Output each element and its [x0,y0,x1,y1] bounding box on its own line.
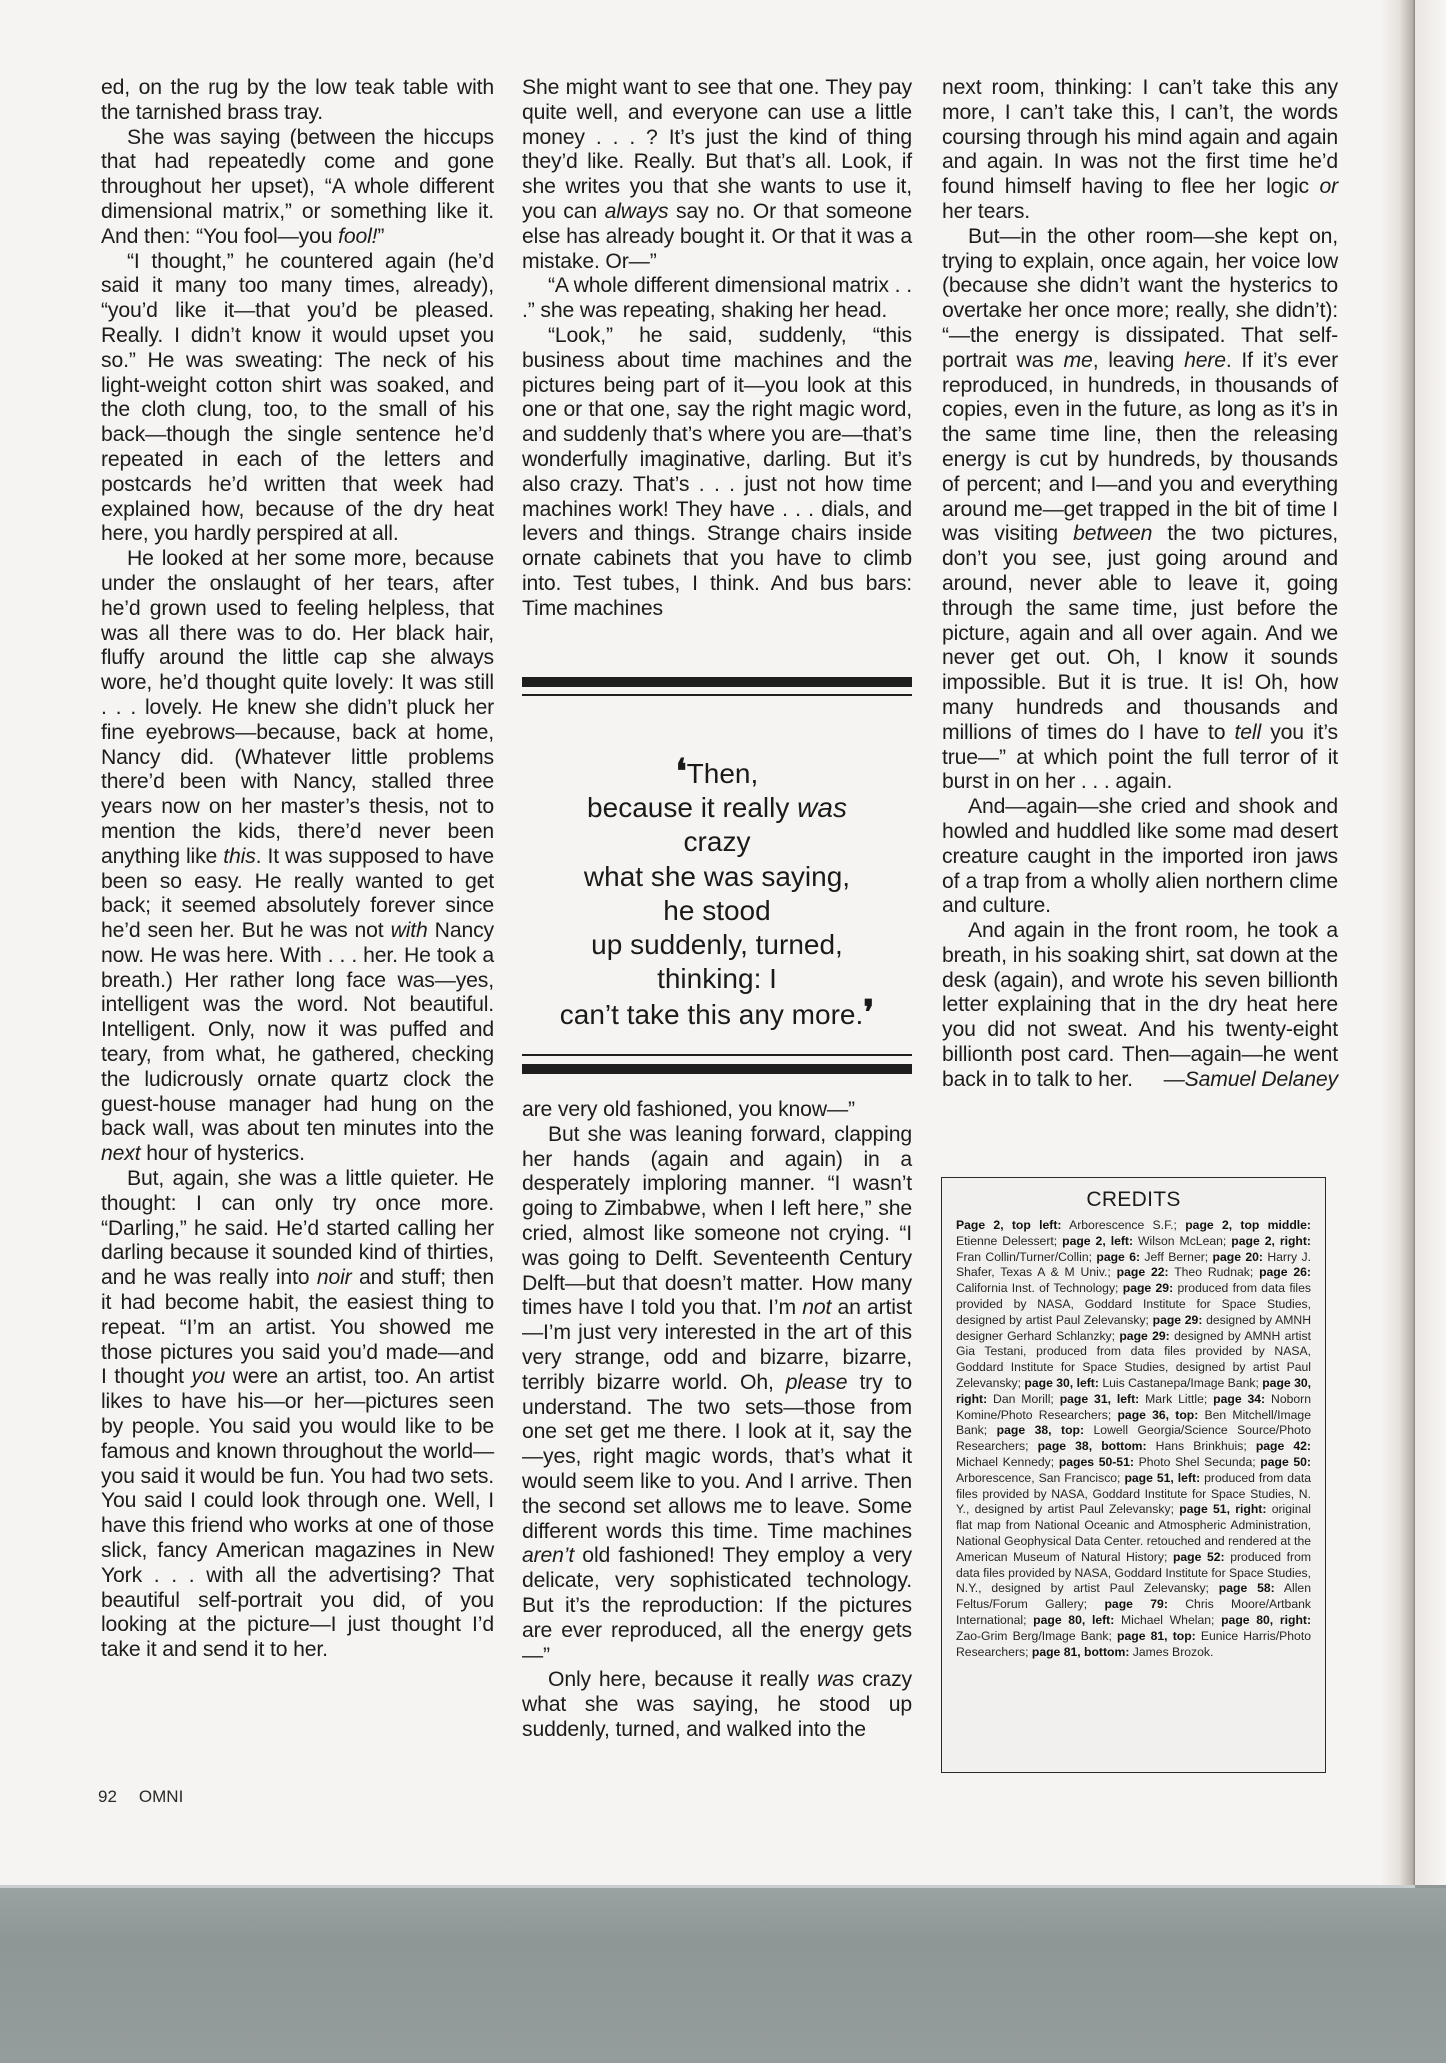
credit-text: Theo Rudnak; [1169,1265,1260,1279]
credit-label: page 80, right: [1221,1613,1311,1627]
credit-label: page 29: [1153,1313,1203,1327]
paragraph: He looked at her some more, because unde… [101,547,494,1167]
pullquote-rule-thin-top [522,694,912,696]
paragraph: And—again—she cried and shook and howled… [942,795,1338,919]
adjacent-page-edge [1415,0,1446,1885]
credit-label: page 29: [1119,1329,1169,1343]
credits-title: CREDITS [956,1188,1311,1212]
paragraph: “Look,” he said, suddenly, “this busines… [522,324,912,622]
credit-text: Wilson McLean; [1133,1234,1231,1248]
credit-text: Etienne Delessert; [956,1234,1062,1248]
credits-body: Page 2, top left: Arborescence S.F.; pag… [956,1218,1311,1660]
credit-text: Michael Kennedy; [956,1455,1059,1469]
credit-text: Mark Little; [1139,1392,1213,1406]
scan-background [0,1888,1446,2063]
credit-label: page 51, left: [1124,1471,1200,1485]
credit-label: page 2, left: [1062,1234,1133,1248]
credit-label: page 38, bottom: [1038,1439,1147,1453]
credit-label: page 81, bottom: [1032,1645,1130,1659]
paragraph: She was saying (between the hiccups that… [101,126,494,250]
pullquote-rule-thick-bottom [522,1064,912,1074]
magazine-name: OMNI [139,1787,183,1806]
pull-quote: ❛Then, because it really was crazy what … [522,755,912,1033]
credit-label: page 2, top middle: [1185,1218,1311,1232]
close-quote-icon: ❜ [863,993,874,1033]
paragraph: are very old fashioned, you know—” [522,1098,912,1123]
article-column-1: ed, on the rug by the low teak table wit… [101,76,494,1663]
credit-label: page 36, top: [1117,1408,1198,1422]
credits-box: CREDITS Page 2, top left: Arborescence S… [941,1177,1326,1773]
credit-label: page 31, left: [1060,1392,1140,1406]
paragraph: ed, on the rug by the low teak table wit… [101,76,494,126]
credit-label: page 30, left: [1024,1376,1099,1390]
credit-text: James Brozok. [1129,1645,1213,1659]
credit-label: page 79: [1104,1597,1167,1611]
credit-label: page 81, top: [1117,1629,1196,1643]
credit-label: page 26: [1259,1265,1311,1279]
paragraph: Only here, because it really was crazy w… [522,1668,912,1742]
article-column-3: next room, thinking: I can’t take this a… [942,76,1338,1093]
magazine-page: ed, on the rug by the low teak table wit… [0,0,1415,1888]
page-folio: 92OMNI [98,1787,183,1807]
paragraph: next room, thinking: I can’t take this a… [942,76,1338,225]
credit-text: Arborescence S.F.; [1061,1218,1185,1232]
paragraph: But—in the other room—she kept on, tryin… [942,225,1338,795]
credit-text: Dan Morill; [987,1392,1060,1406]
credit-label: page 38, top: [997,1423,1084,1437]
credit-label: page 29: [1123,1281,1173,1295]
credit-label: pages 50-51: [1059,1455,1134,1469]
credit-text: Arborescence, San Francisco; [956,1471,1124,1485]
credit-text: Michael Whelan; [1114,1613,1221,1627]
page-spine-shadow [1380,0,1415,1885]
credit-label: page 52: [1173,1550,1225,1564]
paragraph: “I thought,” he countered again (he’d sa… [101,250,494,548]
article-column-2-continued: are very old fashioned, you know—” But s… [522,1098,912,1743]
paragraph: But, again, she was a little quieter. He… [101,1167,494,1663]
credit-text: Luis Castanepa/Image Bank; [1099,1376,1262,1390]
credit-text: California Inst. of Technology; [956,1281,1123,1295]
credit-text: Hans Brinkhuis; [1147,1439,1256,1453]
credit-label: page 34: [1213,1392,1265,1406]
credit-text: Photo Shel Secunda; [1134,1455,1260,1469]
paragraph: She might want to see that one. They pay… [522,76,912,274]
credit-label: page 50: [1260,1455,1311,1469]
paragraph: But she was leaning forward, clapping he… [522,1123,912,1669]
credit-text: Zao-Grim Berg/Image Bank; [956,1629,1117,1643]
credit-label: Page 2, top left: [956,1218,1061,1232]
paragraph: And again in the front room, he took a b… [942,919,1338,1093]
page-number: 92 [98,1787,117,1806]
credit-text: Fran Collin/Turner/Collin; [956,1250,1096,1264]
credit-label: page 6: [1096,1250,1140,1264]
credit-label: page 20: [1213,1250,1263,1264]
credit-label: page 22: [1117,1265,1169,1279]
credit-label: page 42: [1256,1439,1311,1453]
open-quote-icon: ❛ [676,752,687,792]
credit-label: page 80, left: [1033,1613,1114,1627]
credit-label: page 51, right: [1179,1502,1266,1516]
credit-label: page 58: [1219,1581,1275,1595]
credit-text: Jeff Berner; [1140,1250,1213,1264]
paragraph: “A whole different dimensional matrix . … [522,274,912,324]
author-signature: —Samuel Delaney [1138,1068,1338,1093]
article-column-2: She might want to see that one. They pay… [522,76,912,622]
credit-label: page 2, right: [1231,1234,1311,1248]
pullquote-rule-thick-top [522,677,912,687]
pullquote-rule-thin-bottom [522,1054,912,1056]
